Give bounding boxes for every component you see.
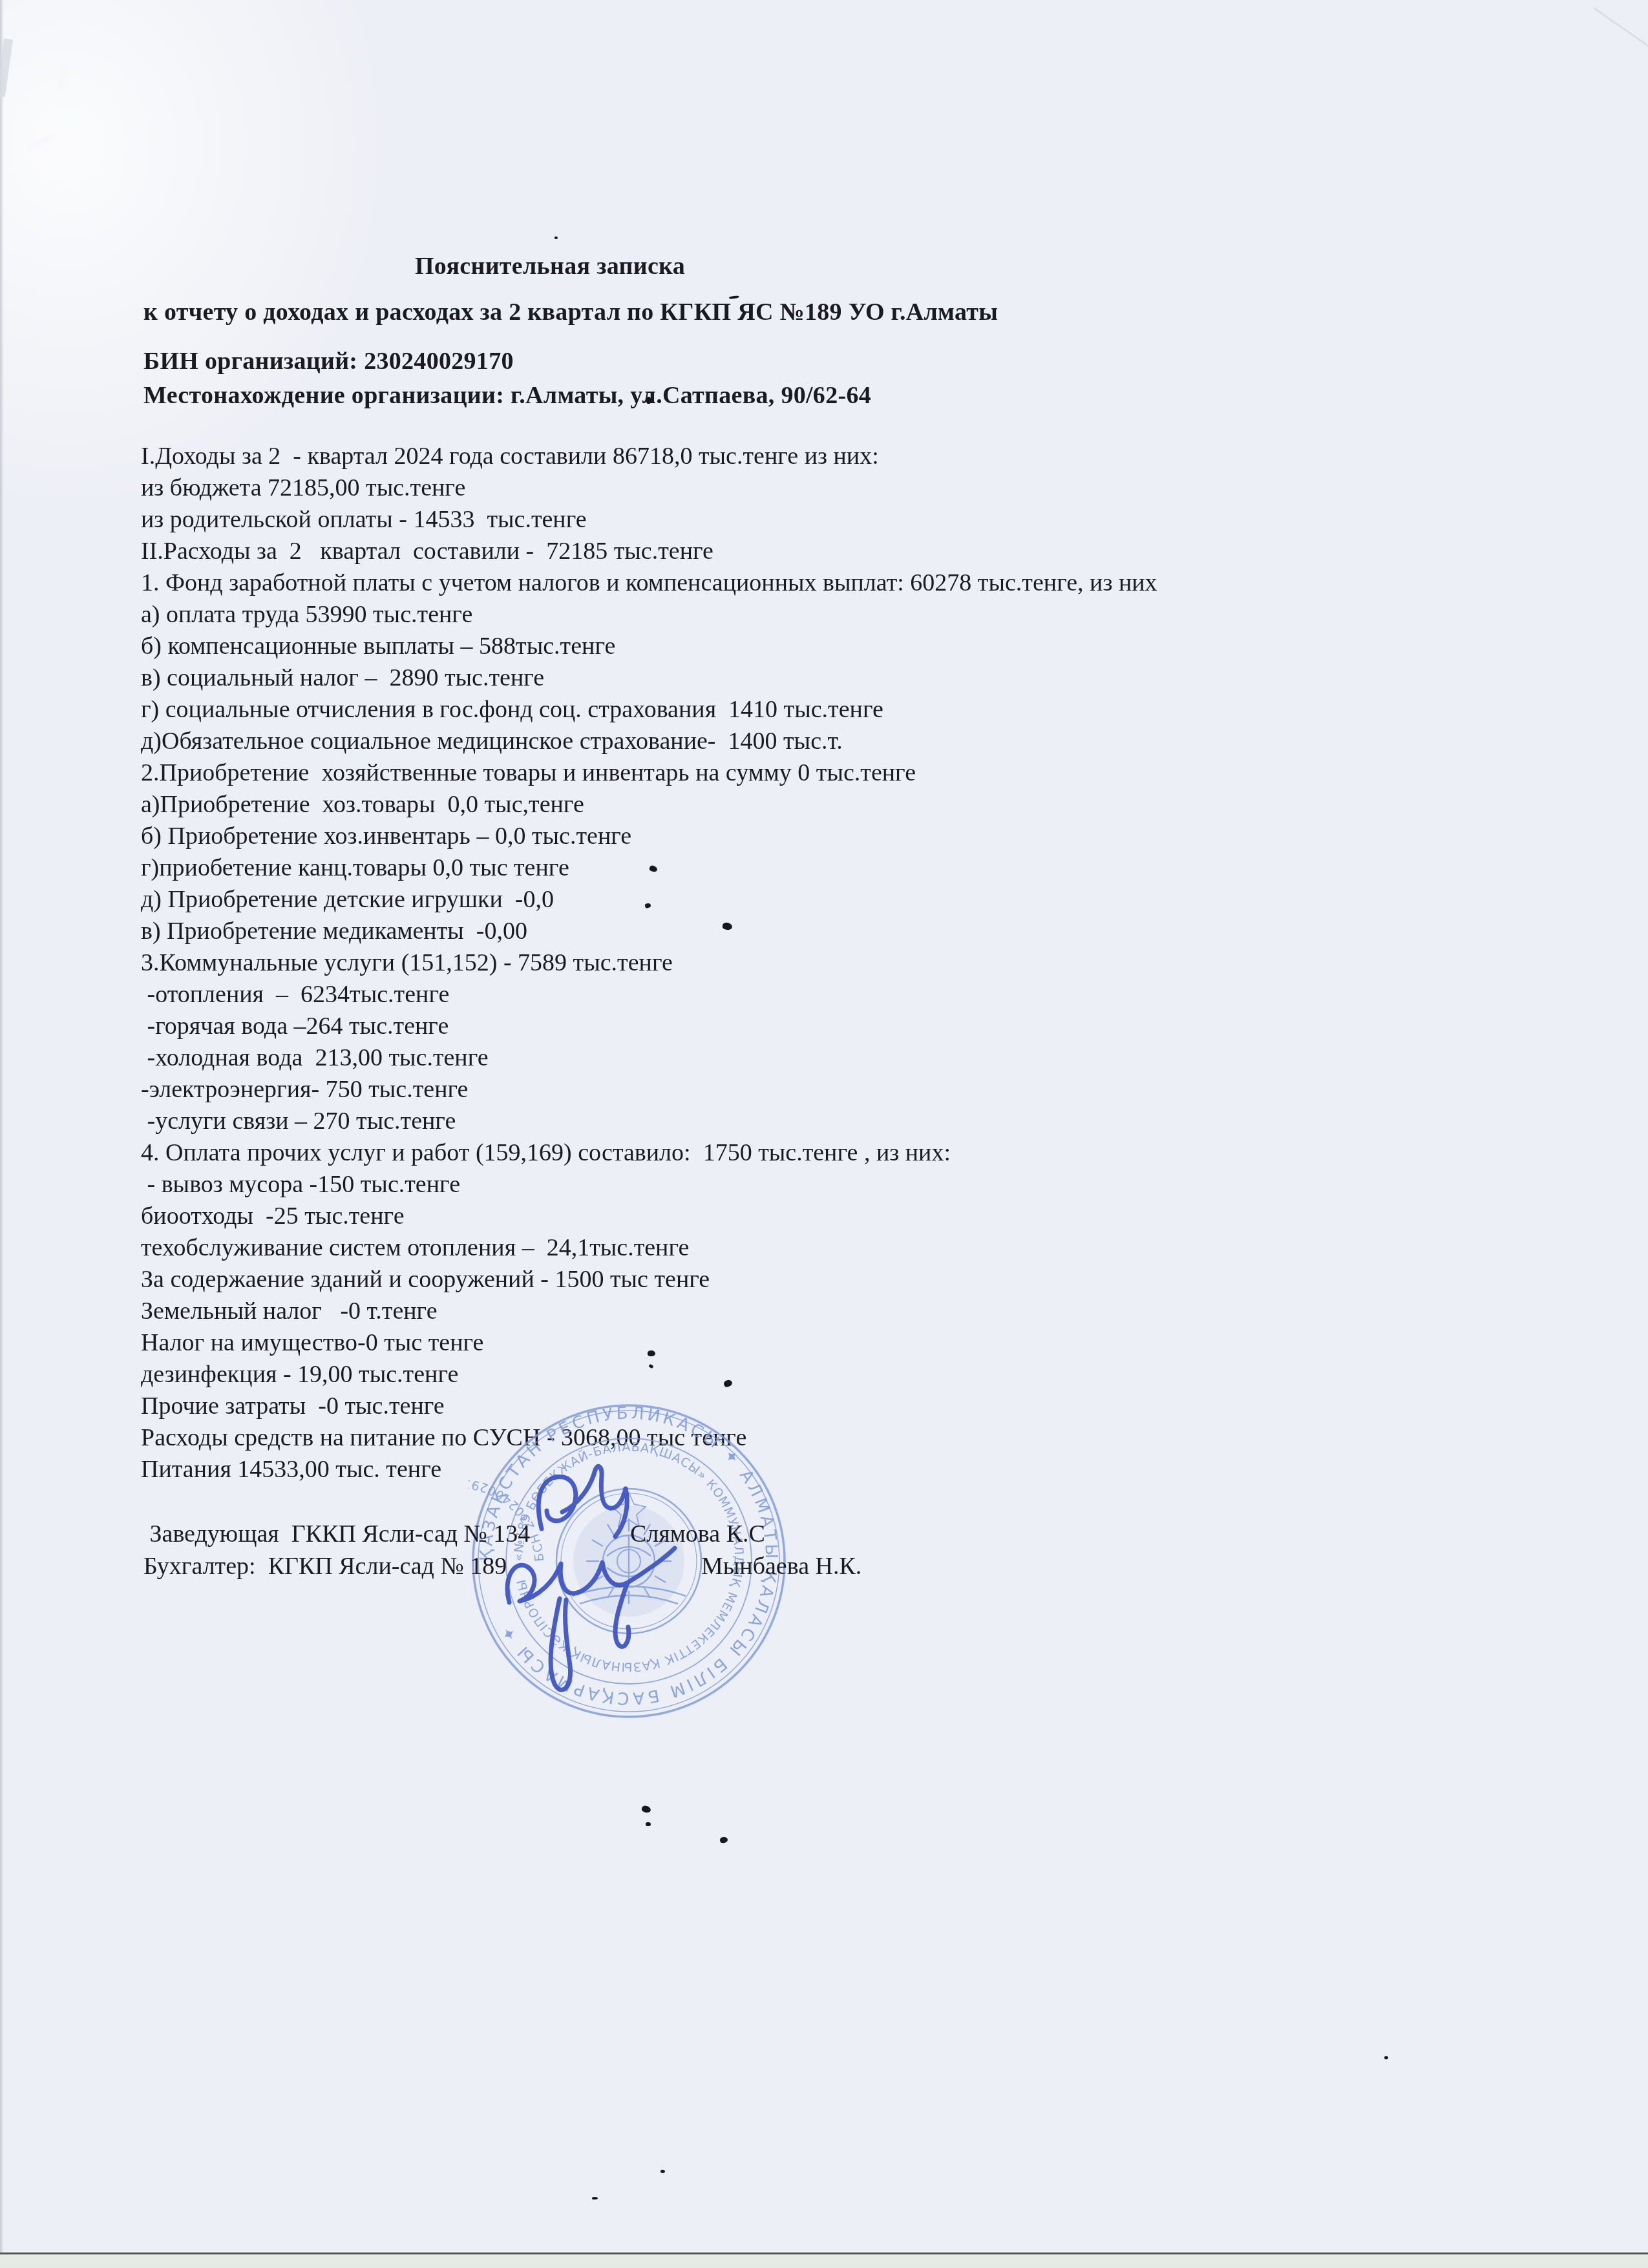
document-line: а)Приобретение хоз.товары 0,0 тыс,тенге (141, 789, 1601, 821)
paper-crease (1593, 7, 1648, 53)
document-title: Пояснительная записка (415, 252, 685, 280)
document-line: биоотходы -25 тыс.тенге (141, 1201, 1601, 1232)
ink-speck (646, 397, 651, 404)
ink-speck (646, 1822, 651, 1826)
document-line: д)Обязательное социальное медицинское ст… (141, 726, 1601, 757)
document-line: 3.Коммунальные услуги (151,152) - 7589 т… (141, 947, 1601, 979)
document-line: из родительской оплаты - 14533 тыс.тенге (141, 504, 1601, 536)
document-line: из бюджета 72185,00 тыс.тенге (141, 472, 1601, 504)
ink-speck (555, 236, 558, 239)
ink-speck (660, 2170, 665, 2173)
document-line: а) оплата труда 53990 тыс.тенге (141, 599, 1601, 631)
document-line: б) компенсационные выплаты – 588тыс.тенг… (141, 631, 1601, 662)
document-line: Прочие затраты -0 тыс.тенге (141, 1391, 1601, 1422)
scanned-document-page: Пояснительная записка к отчету о доходах… (0, 0, 1648, 2268)
document-line: II.Расходы за 2 квартал составили - 7218… (141, 536, 1601, 567)
document-line: г) социальные отчисления в гос.фонд соц.… (141, 694, 1601, 726)
signature-director (538, 1466, 627, 1537)
ink-speck (592, 2197, 598, 2200)
document-line: в) Приобретение медикаменты -0,00 (141, 916, 1601, 947)
signature-role-director: Заведующая ГККП Ясли-сад № 134 (143, 1520, 530, 1548)
org-bin-line: БИН организаций: 230240029170 (143, 347, 514, 375)
document-line: За содержаение зданий и сооружений - 150… (141, 1264, 1601, 1296)
document-body: I.Доходы за 2 - квартал 2024 года состав… (141, 441, 1601, 1486)
document-line: дезинфекция - 19,00 тыс.тенге (141, 1359, 1601, 1391)
document-line: Налог на имущество-0 тыс тенге (141, 1327, 1601, 1359)
ink-speck (719, 1836, 728, 1843)
signature-accountant (507, 1548, 675, 1690)
document-line: 4. Оплата прочих услуг и работ (159,169)… (141, 1137, 1601, 1169)
scan-left-edge (0, 0, 4, 2253)
document-line: в) социальный налог – 2890 тыс.тенге (141, 662, 1601, 694)
paper-crease (56, 61, 71, 90)
paper-crease (26, 133, 56, 152)
document-line: -электроэнергия- 750 тыс.тенге (141, 1074, 1601, 1106)
document-line: техобслуживание систем отопления – 24,1т… (141, 1232, 1601, 1264)
document-line: -горячая вода –264 тыс.тенге (141, 1011, 1601, 1042)
document-line: Питания 14533,00 тыс. тенге (141, 1454, 1601, 1486)
document-line: д) Приобретение детские игрушки -0,0 (141, 884, 1601, 916)
signature-name-director: Слямова К.С (630, 1520, 765, 1548)
ink-speck (648, 1350, 655, 1356)
ink-speck (641, 1805, 651, 1813)
document-line: -услуги связи – 270 тыс.тенге (141, 1106, 1601, 1137)
document-line: Земельный налог -0 т.тенге (141, 1296, 1601, 1327)
document-line: г)приобетение канц.товары 0,0 тыс тенге (141, 852, 1601, 884)
signature-name-accountant: Мынбаева Н.К. (701, 1552, 861, 1580)
document-line: 2.Приобретение хозяйственные товары и ин… (141, 757, 1601, 789)
document-line: Расходы средств на питание по СУСН - 306… (141, 1422, 1601, 1454)
document-line: I.Доходы за 2 - квартал 2024 года состав… (141, 441, 1601, 472)
document-line: -холодная вода 213,00 тыс.тенге (141, 1042, 1601, 1074)
ink-speck (1384, 2056, 1388, 2059)
document-line: б) Приобретение хоз.инвентарь – 0,0 тыс.… (141, 821, 1601, 852)
org-location-line: Местонахождение организации: г.Алматы, у… (143, 381, 871, 410)
scanner-bottom-edge (0, 2252, 1648, 2268)
document-line: 1. Фонд заработной платы с учетом налого… (141, 567, 1601, 599)
document-line: - вывоз мусора -150 тыс.тенге (141, 1169, 1601, 1201)
signature-role-accountant: Бухгалтер: КГКП Ясли-сад № 189 (143, 1552, 507, 1580)
document-line: -отопления – 6234тыс.тенге (141, 979, 1601, 1011)
document-subtitle: к отчету о доходах и расходах за 2 кварт… (143, 298, 998, 326)
